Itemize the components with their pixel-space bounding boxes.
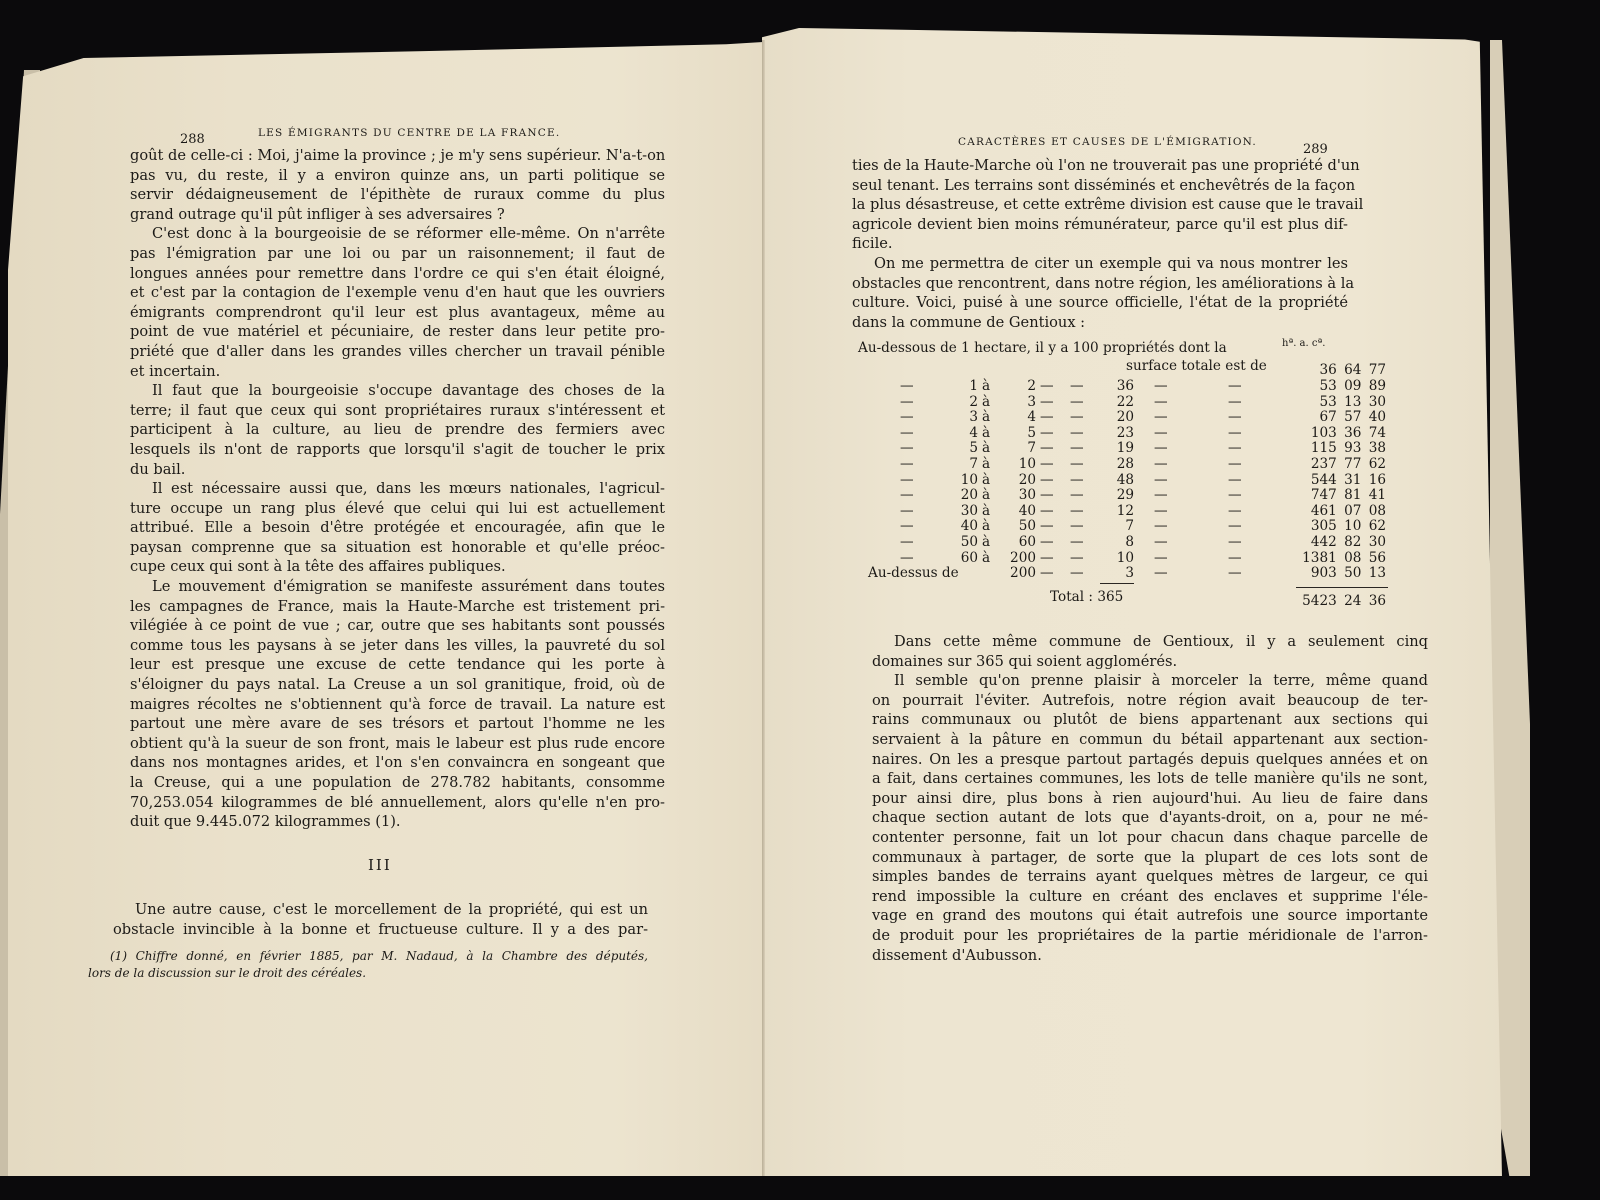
- table-cell: 22: [1094, 394, 1134, 410]
- table-cell: —: [900, 518, 914, 534]
- text-line: rains communaux ou plutôt de biens appar…: [872, 710, 1428, 730]
- table-cell: —: [1070, 503, 1084, 519]
- text-line: comme tous les paysans à se jeter dans l…: [130, 636, 665, 656]
- table-cell: 30: [998, 487, 1036, 503]
- table-cell: —: [1228, 472, 1242, 488]
- table-row: —5à7——19——115 93 38: [858, 440, 1398, 456]
- text-line: ture occupe un rang plus élevé que celui…: [130, 499, 665, 519]
- table-cell: —: [1154, 378, 1168, 394]
- table-cell: —: [1228, 518, 1242, 534]
- table-cell: 5: [998, 425, 1036, 441]
- table-row: —2à3——22——53 13 30: [858, 394, 1398, 410]
- text-line: et incertain.: [130, 362, 665, 382]
- table-cell: 20: [998, 472, 1036, 488]
- table-cell: 53 13 30: [1278, 394, 1386, 410]
- table-cell: 3: [1094, 565, 1134, 581]
- table-cell: 10: [956, 472, 978, 488]
- table-cell: —: [1154, 565, 1168, 581]
- text-line: la Creuse, qui a une population de 278.7…: [130, 773, 665, 793]
- table-cell: 461 07 08: [1278, 503, 1386, 519]
- text-line: servir dédaigneusement de l'épithète de …: [130, 185, 665, 205]
- text-line: attribué. Elle a besoin d'être protégée …: [130, 518, 665, 538]
- text-line: domaines sur 365 qui soient agglomérés.: [872, 652, 1428, 672]
- table-cell: —: [1228, 456, 1242, 472]
- text-line: agricole devient bien moins rémunérateur…: [852, 215, 1348, 235]
- table-cell: 7: [998, 440, 1036, 456]
- table-cell: —: [1154, 487, 1168, 503]
- text-line: obtient qu'à la sueur de son front, mais…: [130, 734, 665, 754]
- table-cell: 28: [1094, 456, 1134, 472]
- page-number-left: 288: [180, 132, 205, 147]
- table-cell: à: [982, 425, 990, 441]
- table-cell: —: [1154, 503, 1168, 519]
- page-number-right: 289: [1303, 142, 1328, 157]
- table-cell: —: [900, 550, 914, 566]
- text-line: simples bandes de terrains ayant quelque…: [872, 867, 1428, 887]
- table-cell: —: [1040, 534, 1054, 550]
- table-cell: à: [982, 394, 990, 410]
- text-line: maigres récoltes ne s'obtiennent qu'à fo…: [130, 695, 665, 715]
- table-cell: —: [1154, 550, 1168, 566]
- section-body-text: Une autre cause, c'est le morcellement d…: [113, 900, 648, 939]
- text-line: paysan comprenne que sa situation est ho…: [130, 538, 665, 558]
- table-cell: —: [1228, 378, 1242, 394]
- table-header-line: Au-dessous de 1 hectare, il y a 100 prop…: [858, 340, 1227, 356]
- text-line: On me permettra de citer un exemple qui …: [852, 254, 1348, 274]
- table-cell: —: [1040, 409, 1054, 425]
- table-cell: 3: [998, 394, 1036, 410]
- table-cell: 40: [998, 503, 1036, 519]
- text-line: 70,253.054 kilogrammes de blé annuelleme…: [130, 793, 665, 813]
- table-cell: —: [1228, 550, 1242, 566]
- table-cell: 115 93 38: [1278, 440, 1386, 456]
- text-line: dissement d'Aubusson.: [872, 946, 1428, 966]
- table-cell: à: [982, 472, 990, 488]
- table-cell: —: [1154, 456, 1168, 472]
- table-cell: 23: [1094, 425, 1134, 441]
- text-line: dans nos montagnes arides, et l'on s'en …: [130, 753, 665, 773]
- table-cell: 10: [1094, 550, 1134, 566]
- running-head-left: LES ÉMIGRANTS DU CENTRE DE LA FRANCE.: [258, 127, 560, 139]
- text-line: les campagnes de France, mais la Haute-M…: [130, 597, 665, 617]
- table-row: —4à5——23——103 36 74: [858, 425, 1398, 441]
- table-cell: à: [982, 518, 990, 534]
- text-line: duit que 9.445.072 kilogrammes (1).: [130, 812, 665, 832]
- area-sum-rule: [1296, 587, 1388, 588]
- table-cell: 103 36 74: [1278, 425, 1386, 441]
- text-line: de produit pour les propriétaires de la …: [872, 926, 1428, 946]
- table-cell: —: [1070, 425, 1084, 441]
- table-cell: —: [1228, 534, 1242, 550]
- text-line: participent à la culture, au lieu de pre…: [130, 420, 665, 440]
- text-line: vilégiée à ce point de vue ; car, outre …: [130, 616, 665, 636]
- table-cell: 200: [998, 565, 1036, 581]
- table-row-last: Au-dessus de200——3——903 50 13: [858, 565, 1398, 581]
- table-cell: 50: [956, 534, 978, 550]
- table-row: —30à40——12——461 07 08: [858, 503, 1398, 519]
- table-cell: —: [1070, 394, 1084, 410]
- table-cell: —: [1228, 394, 1242, 410]
- text-line: Une autre cause, c'est le morcellement d…: [113, 900, 648, 920]
- text-line: et c'est par la contagion de l'exemple v…: [130, 283, 665, 303]
- table-cell: 1: [956, 378, 978, 394]
- table-cell: —: [900, 394, 914, 410]
- text-line: obstacle invincible à la bonne et fructu…: [113, 920, 648, 940]
- table-cell: —: [900, 456, 914, 472]
- table-cell: à: [982, 487, 990, 503]
- table-cell: —: [1228, 487, 1242, 503]
- text-line: pour ainsi dire, plus bons à rien aujour…: [872, 789, 1428, 809]
- table-cell: 903 50 13: [1278, 565, 1386, 581]
- table-cell: à: [982, 534, 990, 550]
- table-cell: 544 31 16: [1278, 472, 1386, 488]
- table-cell: 8: [1094, 534, 1134, 550]
- text-line: vage en grand des moutons qui était autr…: [872, 906, 1428, 926]
- table-cell: —: [900, 487, 914, 503]
- table-cell: —: [900, 440, 914, 456]
- table-cell: —: [900, 503, 914, 519]
- table-cell: 53 09 89: [1278, 378, 1386, 394]
- table-cell: —: [1070, 472, 1084, 488]
- table-cell: —: [1040, 378, 1054, 394]
- table-cell: —: [1228, 440, 1242, 456]
- table-cell: —: [1040, 565, 1054, 581]
- book-gutter: [762, 40, 765, 1176]
- table-cell: 747 81 41: [1278, 487, 1386, 503]
- table-cell: à: [982, 456, 990, 472]
- table-cell: —: [900, 378, 914, 394]
- table-cell: 4: [998, 409, 1036, 425]
- table-cell: —: [1070, 440, 1084, 456]
- text-line: lors de la discussion sur le droit des c…: [88, 965, 648, 982]
- text-line: contenter personne, fait un lot pour cha…: [872, 828, 1428, 848]
- table-cell: —: [1070, 550, 1084, 566]
- text-line: longues années pour remettre dans l'ordr…: [130, 264, 665, 284]
- section-heading: III: [368, 856, 392, 874]
- text-line: rend impossible la culture en créant des…: [872, 887, 1428, 907]
- table-cell: —: [1040, 518, 1054, 534]
- table-row: —20à30——29——747 81 41: [858, 487, 1398, 503]
- text-line: C'est donc à la bourgeoisie de se réform…: [130, 224, 665, 244]
- text-line: priété que d'aller dans les grandes vill…: [130, 342, 665, 362]
- table-cell: 20: [956, 487, 978, 503]
- table-row: —10à20——48——544 31 16: [858, 472, 1398, 488]
- right-body-text-bottom: Dans cette même commune de Gentioux, il …: [872, 632, 1428, 965]
- text-line: naires. On les a presque partout partagé…: [872, 750, 1428, 770]
- left-body-text: goût de celle-ci : Moi, j'aime la provin…: [130, 146, 665, 832]
- text-line: Il semble qu'on prenne plaisir à morcele…: [872, 671, 1428, 691]
- table-cell: —: [1154, 472, 1168, 488]
- text-line: grand outrage qu'il pût infliger à ses a…: [130, 205, 665, 225]
- text-line: on pourrait l'éviter. Autrefois, notre r…: [872, 691, 1428, 711]
- table-row-first-area: 36 64 77: [858, 362, 1398, 378]
- table-total-label: Total : 365: [1050, 589, 1123, 605]
- table-cell: à: [982, 550, 990, 566]
- table-cell: 29: [1094, 487, 1134, 503]
- text-line: pas vu, du reste, il y a environ quinze …: [130, 166, 665, 186]
- table-cell: —: [1070, 534, 1084, 550]
- table-cell: 1381 08 56: [1278, 550, 1386, 566]
- text-line: servaient à la pâture en commun du bétai…: [872, 730, 1428, 750]
- table-cell: —: [1154, 409, 1168, 425]
- table-cell: —: [1228, 409, 1242, 425]
- table-cell: à: [982, 440, 990, 456]
- table-cell: —: [1228, 503, 1242, 519]
- table-cell: —: [1154, 425, 1168, 441]
- text-line: chaque section autant de lots que d'ayan…: [872, 808, 1428, 828]
- table-cell: —: [1154, 534, 1168, 550]
- table-cell: —: [1154, 440, 1168, 456]
- table-cell: —: [1070, 456, 1084, 472]
- table-cell: 50: [998, 518, 1036, 534]
- table-cell: 237 77 62: [1278, 456, 1386, 472]
- table-cell: —: [1040, 440, 1054, 456]
- table-units: hª. a. cª.: [1282, 338, 1325, 349]
- table-cell: 48: [1094, 472, 1134, 488]
- table-total-area: 5423 24 36: [1278, 593, 1386, 609]
- table-cell: 7: [1094, 518, 1134, 534]
- text-line: du bail.: [130, 460, 665, 480]
- text-line: (1) Chiffre donné, en février 1885, par …: [88, 948, 648, 965]
- table-cell: —: [900, 425, 914, 441]
- table-cell: —: [1070, 518, 1084, 534]
- table-cell: 4: [956, 425, 978, 441]
- table-row: —50à60——8——442 82 30: [858, 534, 1398, 550]
- text-line: obstacles que rencontrent, dans notre ré…: [852, 274, 1348, 294]
- table-row: —7à10——28——237 77 62: [858, 456, 1398, 472]
- table-cell: à: [982, 503, 990, 519]
- table-cell: 200: [998, 550, 1036, 566]
- text-line: terre; il faut que ceux qui sont proprié…: [130, 401, 665, 421]
- text-line: point de vue matériel et pécuniaire, de …: [130, 322, 665, 342]
- table-cell: —: [1228, 425, 1242, 441]
- text-line: dans la commune de Gentioux :: [852, 313, 1348, 333]
- text-line: la plus désastreuse, et cette extrême di…: [852, 195, 1348, 215]
- table-cell: 60: [998, 534, 1036, 550]
- table-cell: —: [900, 534, 914, 550]
- table-cell: 7: [956, 456, 978, 472]
- running-head-right: CARACTÈRES ET CAUSES DE L'ÉMIGRATION.: [958, 136, 1257, 148]
- right-body-text-top: ties de la Haute-Marche où l'on ne trouv…: [852, 156, 1348, 332]
- table-cell: Au-dessus de: [868, 565, 959, 581]
- table-cell: —: [900, 409, 914, 425]
- text-line: émigrants comprendront qu'il leur est pl…: [130, 303, 665, 323]
- table-cell: à: [982, 378, 990, 394]
- table-cell: —: [1040, 472, 1054, 488]
- table-cell: 2: [998, 378, 1036, 394]
- table-cell: —: [1040, 394, 1054, 410]
- table-cell: —: [1040, 456, 1054, 472]
- table-cell: —: [1070, 565, 1084, 581]
- text-line: pas l'émigration par une loi ou par un r…: [130, 244, 665, 264]
- table-cell: 10: [998, 456, 1036, 472]
- text-line: Dans cette même commune de Gentioux, il …: [872, 632, 1428, 652]
- footnote: (1) Chiffre donné, en février 1885, par …: [88, 948, 648, 982]
- table-cell: 442 82 30: [1278, 534, 1386, 550]
- table-cell: —: [1154, 394, 1168, 410]
- text-line: culture. Voici, puisé à une source offic…: [852, 293, 1348, 313]
- table-cell: —: [1040, 487, 1054, 503]
- table-cell: 36: [1094, 378, 1134, 394]
- table-cell: —: [1070, 378, 1084, 394]
- table-cell: 19: [1094, 440, 1134, 456]
- table-cell: 40: [956, 518, 978, 534]
- text-line: lesquels ils n'ont de rapports que lorsq…: [130, 440, 665, 460]
- text-line: Le mouvement d'émigration se manifeste a…: [130, 577, 665, 597]
- table-cell: 12: [1094, 503, 1134, 519]
- text-line: Il faut que la bourgeoisie s'occupe dava…: [130, 381, 665, 401]
- text-line: ties de la Haute-Marche où l'on ne trouv…: [852, 156, 1348, 176]
- table-row: —60à200——10——1381 08 56: [858, 550, 1398, 566]
- table-row: —40à50——7——305 10 62: [858, 518, 1398, 534]
- text-line: seul tenant. Les terrains sont disséminé…: [852, 176, 1348, 196]
- table-cell: —: [1070, 487, 1084, 503]
- table-cell: 20: [1094, 409, 1134, 425]
- table-row: —1à2——36——53 09 89: [858, 378, 1398, 394]
- table-cell: —: [1040, 503, 1054, 519]
- count-sum-rule: [1100, 583, 1134, 584]
- text-line: partout une mère avare de ses trésors et…: [130, 714, 665, 734]
- text-line: Il est nécessaire aussi que, dans les mœ…: [130, 479, 665, 499]
- text-line: cupe ceux qui sont à la tête des affaire…: [130, 557, 665, 577]
- table-cell: 3: [956, 409, 978, 425]
- table-cell: —: [1040, 425, 1054, 441]
- table-cell: 2: [956, 394, 978, 410]
- table-cell: —: [900, 472, 914, 488]
- table-cell: 60: [956, 550, 978, 566]
- text-line: s'éloigner du pays natal. La Creuse a un…: [130, 675, 665, 695]
- table-cell: 30: [956, 503, 978, 519]
- table-cell: 67 57 40: [1278, 409, 1386, 425]
- text-line: leur est presque une excuse de cette ten…: [130, 655, 665, 675]
- table-cell: 305 10 62: [1278, 518, 1386, 534]
- table-cell: à: [982, 409, 990, 425]
- text-line: goût de celle-ci : Moi, j'aime la provin…: [130, 146, 665, 166]
- table-cell: —: [1228, 565, 1242, 581]
- table-row: —3à4——20——67 57 40: [858, 409, 1398, 425]
- table-cell: —: [1154, 518, 1168, 534]
- table-cell: 5: [956, 440, 978, 456]
- text-line: ficile.: [852, 234, 1348, 254]
- table-cell: —: [1070, 409, 1084, 425]
- table-cell: —: [1040, 550, 1054, 566]
- text-line: communaux à partager, de sorte que la pl…: [872, 848, 1428, 868]
- text-line: a fait, dans certaines communes, les lot…: [872, 769, 1428, 789]
